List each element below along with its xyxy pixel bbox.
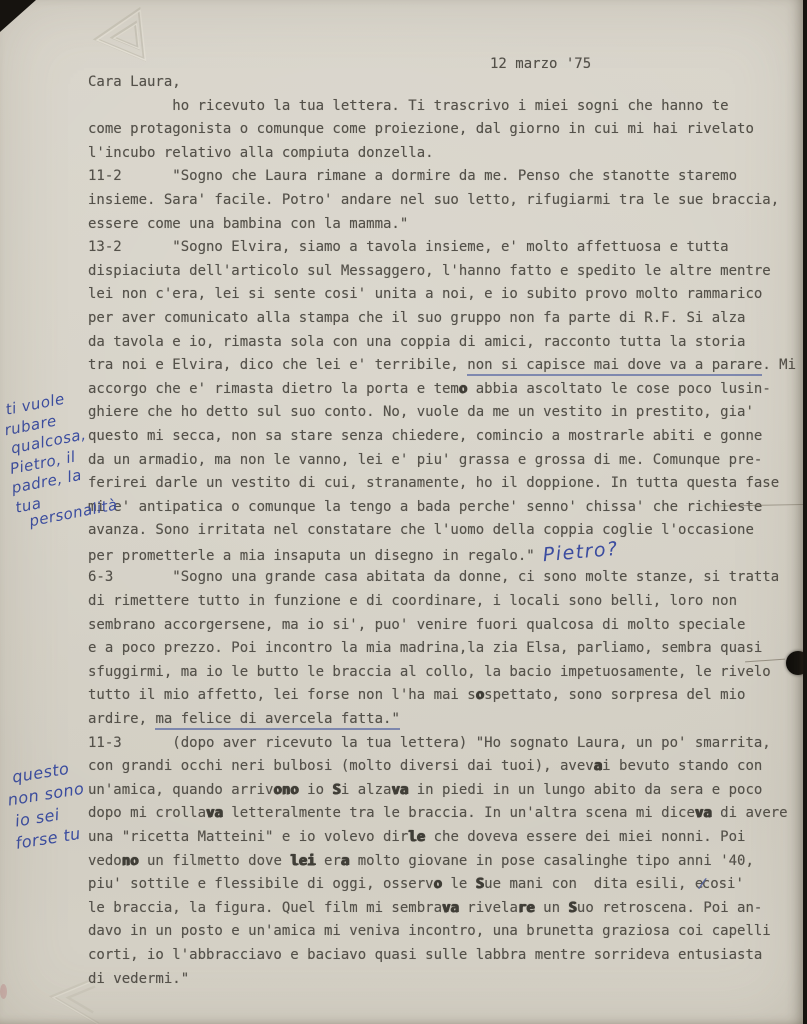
overstruck-text: va [442,900,459,916]
typed-text: ferirei darle un vestito di cui, stranam… [88,475,779,491]
typed-line: avanza. Sono irritata nel constatare che… [88,519,803,543]
typed-text: sfuggirmi, ma io le butto le braccia al … [88,664,771,680]
typed-text: ho ricevuto la tua lettera. Ti trascrivo… [88,98,729,114]
typed-line: insieme. Sara' facile. Potro' andare nel… [88,189,803,213]
overstruck-text: o [434,876,442,892]
typed-text: da tavola e io, rimasta sola con una cop… [88,334,745,350]
punch-hole-mark [786,651,803,675]
watermark-triangle-icon [83,5,151,73]
typed-line: questo mi secca, non sa stare senza chie… [88,425,803,449]
typed-line: l'incubo relativo alla compiuta donzella… [88,142,803,166]
typed-text: di avere [712,805,788,821]
typed-line: una "ricetta Matteini" e io volevo dirle… [88,826,803,850]
typed-text: . Mi s [762,357,803,373]
typed-text: abbia ascoltato le cose poco lusin- [467,381,770,397]
margin-note-2: questonon sonoio seiforse tu [1,753,114,856]
overstruck-text: le [408,829,425,845]
typed-text: er [316,853,341,869]
typed-text: un [535,900,569,916]
overstruck-text: va [391,782,408,798]
typed-line: un'amica, quando arrivono io Si alzava i… [88,779,803,803]
typed-text: lei non c'era, lei si sente cosi' unita … [88,286,762,302]
overstruck-text: no [122,853,139,869]
typed-text: uo retroscena. Poi an- [577,900,762,916]
typed-line: di vedermi." [88,968,803,992]
scanned-letter-page: 12 marzo '75 Cara Laura, ho ricevuto la … [0,0,803,1024]
overstruck-text: S [568,900,576,916]
typed-line: ghiere che ho detto sul suo conto. No, v… [88,401,803,425]
typed-text: con grandi occhi neri bulbosi (molto div… [88,758,594,774]
typed-line: ferirei darle un vestito di cui, stranam… [88,472,803,496]
typed-text: l'incubo relativo alla compiuta donzella… [88,145,434,161]
typed-text: vedo [88,853,122,869]
typed-line: Cara Laura, [88,71,803,95]
typed-text: avanza. Sono irritata nel constatare che… [88,522,754,538]
typed-line: 6-3 "Sogno una grande casa abitata da do… [88,566,803,590]
typed-text: davo in un posto e un'amica mi veniva in… [88,923,771,939]
typed-text: da un armadio, ma non le vanno, lei e' p… [88,452,762,468]
typed-text: di rimettere tutto in funzione e di coor… [88,593,737,609]
typed-text: cosi' [702,876,744,892]
typed-line: accorgo che e' rimasta dietro la porta e… [88,378,803,402]
typed-line: 11-2 "Sogno che Laura rimane a dormire d… [88,165,803,189]
overstruck-text: re [518,900,535,916]
typed-line: per prometterle a mia insaputa un disegn… [88,543,803,567]
typed-line: ardire, ma felice di avercela fatta." [88,708,803,732]
overstruck-text: lei [290,853,315,869]
typed-line: ho ricevuto la tua lettera. Ti trascrivo… [88,95,803,119]
typed-text: letteralmente tra le braccia. In un'altr… [223,805,695,821]
typed-line: come protagonista o comunque come proiez… [88,118,803,142]
typed-line: con grandi occhi neri bulbosi (molto div… [88,755,803,779]
typed-text: rivela [459,900,518,916]
typed-text: sembrano accorgersene, ma io si', puo' v… [88,617,745,633]
pen-underlined-text: ma felice di avercela fatta." [155,711,399,730]
overstruck-text: va [695,805,712,821]
overstruck-text: va [206,805,223,821]
ink-smudge [0,984,7,999]
typed-line: da un armadio, ma non le vanno, lei e' p… [88,449,803,473]
typed-text: di vedermi." [88,971,189,987]
typed-text: 11-3 (dopo aver ricevuto la tua lettera)… [88,735,771,751]
typed-text: accorgo che e' rimasta dietro la porta e… [88,381,459,397]
typed-line: sfuggirmi, ma io le butto le braccia al … [88,661,803,685]
typed-line: di rimettere tutto in funzione e di coor… [88,590,803,614]
typed-line: da tavola e io, rimasta sola con una cop… [88,331,803,355]
handwritten-inline-note: Pietro? [542,538,620,568]
typed-text: 11-2 "Sogno che Laura rimane a dormire d… [88,168,737,184]
pen-underlined-text: non si capisce mai dove va a parare [467,357,762,376]
typed-line: piu' sottile e flessibile di oggi, osser… [88,873,803,897]
typed-line: corti, io l'abbracciavo e baciavo quasi … [88,944,803,968]
typed-text: tra noi e Elvira, dico che lei e' terrib… [88,357,467,373]
letter-date: 12 marzo '75 [490,56,591,72]
typed-text: 13-2 "Sogno Elvira, siamo a tavola insie… [88,239,729,255]
typed-text: come protagonista o comunque come proiez… [88,121,754,137]
typed-text: corti, io l'abbracciavo e baciavo quasi … [88,947,762,963]
typed-text: questo mi secca, non sa stare senza chie… [88,428,762,444]
typed-text: Cara Laura, [88,74,181,90]
typed-text: per prometterle a mia insaputa un disegn… [88,548,543,564]
typed-line: sembrano accorgersene, ma io si', puo' v… [88,614,803,638]
typed-line: mi e' antipatica o comunque la tengo a b… [88,496,803,520]
typed-text: essere come una bambina con la mamma." [88,216,408,232]
typed-text: io [299,782,333,798]
typed-text: spettato, sono sorpresa del mio [484,687,745,703]
typed-text: mi e' antipatica o comunque la tengo a b… [88,499,762,515]
typed-text: ghiere che ho detto sul suo conto. No, v… [88,404,754,420]
typed-text: 6-3 "Sogno una grande casa abitata da do… [88,569,779,585]
typed-line: davo in un posto e un'amica mi veniva in… [88,920,803,944]
typed-text: che doveva essere dei miei nonni. Poi [425,829,745,845]
typed-line: dispiaciuta dell'articolo sul Messaggero… [88,260,803,284]
typed-line: essere come una bambina con la mamma." [88,213,803,237]
typed-line: per aver comunicato alla stampa che il s… [88,307,803,331]
typed-text: i alza [341,782,392,798]
typed-text: e a poco prezzo. Poi incontro la mia mad… [88,640,762,656]
typed-line: dopo mi crollava letteralmente tra le br… [88,802,803,826]
typed-line: 11-3 (dopo aver ricevuto la tua lettera)… [88,732,803,756]
overstruck-text: ono [273,782,298,798]
typed-text: le [442,876,476,892]
typed-text: ardire, [88,711,155,727]
typed-text: molto giovane in pose casalinghe tipo an… [349,853,754,869]
typed-line: tra noi e Elvira, dico che lei e' terrib… [88,354,803,378]
typed-text: una "ricetta Matteini" e io volevo dir [88,829,408,845]
typed-line: vedono un filmetto dove lei era molto gi… [88,850,803,874]
typed-line: tutto il mio affetto, lei forse non l'ha… [88,684,803,708]
overstruck-text: a [594,758,602,774]
typed-text: insieme. Sara' facile. Potro' andare nel… [88,192,779,208]
typed-line: le braccia, la figura. Quel film mi semb… [88,897,803,921]
typed-text: dispiaciuta dell'articolo sul Messaggero… [88,263,771,279]
typed-text: i bevuto stando con [602,758,762,774]
overstruck-text: o [476,687,484,703]
typed-text: un filmetto dove [139,853,291,869]
typed-text: tutto il mio affetto, lei forse non l'ha… [88,687,476,703]
overstruck-text: S [332,782,340,798]
typed-text: un'amica, quando arriv [88,782,273,798]
typed-line: lei non c'era, lei si sente cosi' unita … [88,283,803,307]
typed-text: le braccia, la figura. Quel film mi semb… [88,900,442,916]
typed-text: piu' sottile e flessibile di oggi, osser… [88,876,434,892]
overstruck-text: S [476,876,484,892]
typed-text: per aver comunicato alla stampa che il s… [88,310,745,326]
typed-text: in piedi in un lungo abito da sera e poc… [408,782,762,798]
letter-body: Cara Laura, ho ricevuto la tua lettera. … [88,71,803,991]
typed-line: 13-2 "Sogno Elvira, siamo a tavola insie… [88,236,803,260]
typed-line: e a poco prezzo. Poi incontro la mia mad… [88,637,803,661]
typed-text: ue mani con dita esili, e [484,876,703,892]
